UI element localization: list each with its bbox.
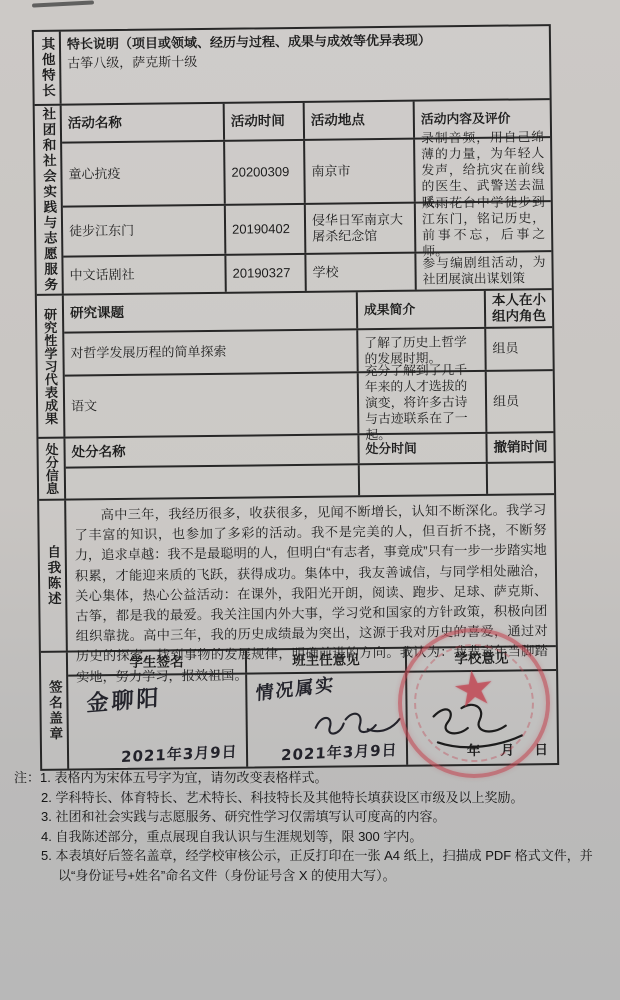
note-item: 4. 自我陈述部分，重点展现自我认识与生涯规划等，限 300 字内。 [41,827,610,847]
activity-place: 侵华日军南京大屠杀纪念馆 [304,204,415,253]
activity-name: 童心抗疫 [62,142,224,206]
discipline-time [358,464,486,495]
student-signature-date: 2021年3月9日 [121,743,238,765]
col-header-teacher-opinion: 班主任意见 [245,649,405,672]
research-row: 对哲学发展历程的简单探索 了解了历史上哲学的发展时期。 组员 [64,326,552,375]
discipline-empty-row [66,461,554,499]
section-label-research: 研究性学习代表成果 [37,296,66,437]
section-label-self-statement: 自我陈述 [39,501,68,651]
activity-name: 徒步江东门 [63,206,225,256]
col-header-activity-name: 活动名称 [62,104,223,142]
section-research-learning: 研究性学习代表成果 研究课题 成果简介 本人在小组内角色 对哲学发展历程的简单探… [37,288,554,437]
note-item: 3. 社团和社会实践与志愿服务、研究性学习仅需填写认可度高的内容。 [41,807,610,827]
activity-time: 20190327 [224,255,304,292]
other-specialty-cell: 特长说明（项目或领域、经历与过程、成果与成效等优异表现） 古筝八级，萨克斯十级 [61,26,550,104]
col-header-activity-place: 活动地点 [303,102,413,139]
school-seal-stamp: ★ [398,628,550,778]
research-topic: 对哲学发展历程的简单探索 [64,330,356,374]
star-icon: ★ [449,658,499,719]
note-item: 2. 学科特长、体育特长、艺术特长、科技特长及其他特长填获设区市级及以上奖励。 [41,788,610,808]
group-role: 组员 [484,328,552,370]
section-club-activities: 社团和社会实践与志愿服务 活动名称 活动时间 活动地点 活动内容及评价 童心抗疫… [35,98,552,294]
club-row: 中文话剧社 20190327 学校 参与编剧组活动，为社团展演出谋划策 [63,250,551,294]
teacher-opinion-cell: 情况属实 2021年3月9日 [245,672,406,766]
activity-desc: 录制音频，用自己绵薄的力量，为年轻人发声，给抗灾在前线的医生、武警送去温暖。 [413,138,551,202]
section-other-specialty: 其他特长 特长说明（项目或领域、经历与过程、成果与成效等优异表现） 古筝八级，萨… [34,26,550,104]
activity-place: 南京市 [303,140,414,203]
activity-time: 20200309 [223,141,304,204]
notes-prefix: 注： [14,768,40,788]
teacher-signature-scribble [309,704,404,741]
revoke-time [486,463,554,494]
col-header-activity-time: 活动时间 [223,103,303,140]
student-signature-cell: 金聊阳 2021年3月9日 [68,674,246,768]
col-header-discipline-name: 处分名称 [65,435,357,466]
note-item: 1. 表格内为宋体五号字为宜，请勿改变表格样式。 [40,768,327,788]
student-signature-handwriting: 金聊阳 [86,691,161,714]
col-header-group-role: 本人在小组内角色 [484,290,552,327]
teacher-remark-handwriting: 情况属实 [255,677,335,703]
section-discipline: 处分信息 处分名称 处分时间 撤销时间 [38,431,554,499]
activity-desc: 从雨花台中学徒步到江东门，铭记历史，前事不忘，后事之师。 [414,202,552,252]
activity-time: 20190402 [224,205,305,254]
research-row: 语文 充分了解到了几千年来的人才选拔的演变，将许多古诗与古迹联系在了一起。 组员 [65,369,554,437]
activity-name: 中文话剧社 [63,256,224,294]
scan-artifact [32,0,94,7]
discipline-name [66,465,358,498]
section-label-signatures: 签名盖章 [41,653,69,769]
section-label-other-specialty: 其他特长 [34,32,62,104]
footnotes: 注： 1. 表格内为宋体五号字为宜，请勿改变表格样式。 2. 学科特长、体育特长… [14,768,610,885]
activity-place: 学校 [304,254,414,291]
specialty-content: 古筝八级，萨克斯十级 [67,50,543,72]
result-brief: 充分了解到了几千年来的人才选拔的演变，将许多古诗与古迹联系在了一起。 [357,372,486,433]
col-header-student-signature: 学生签名 [68,651,245,675]
research-topic: 语文 [65,373,358,436]
group-role: 组员 [485,371,554,432]
activity-desc: 参与编剧组活动，为社团展演出谋划策 [414,252,551,290]
col-header-research-topic: 研究课题 [64,292,356,331]
col-header-result-brief: 成果简介 [356,291,484,328]
note-item: 5. 本表填好后签名盖章，经学校审核公示，正反打印在一张 A4 纸上，扫描成 P… [41,846,610,885]
teacher-signature-date: 2021年3月9日 [281,741,398,763]
section-label-club: 社团和社会实践与志愿服务 [35,106,64,294]
col-header-revoke-time: 撤销时间 [485,433,553,462]
col-header-discipline-time: 处分时间 [357,434,485,463]
club-row: 徒步江东门 20190402 侵华日军南京大屠杀纪念馆 从雨花台中学徒步到江东门… [63,200,552,256]
research-header-row: 研究课题 成果简介 本人在小组内角色 [64,290,552,332]
section-label-discipline: 处分信息 [38,439,66,499]
